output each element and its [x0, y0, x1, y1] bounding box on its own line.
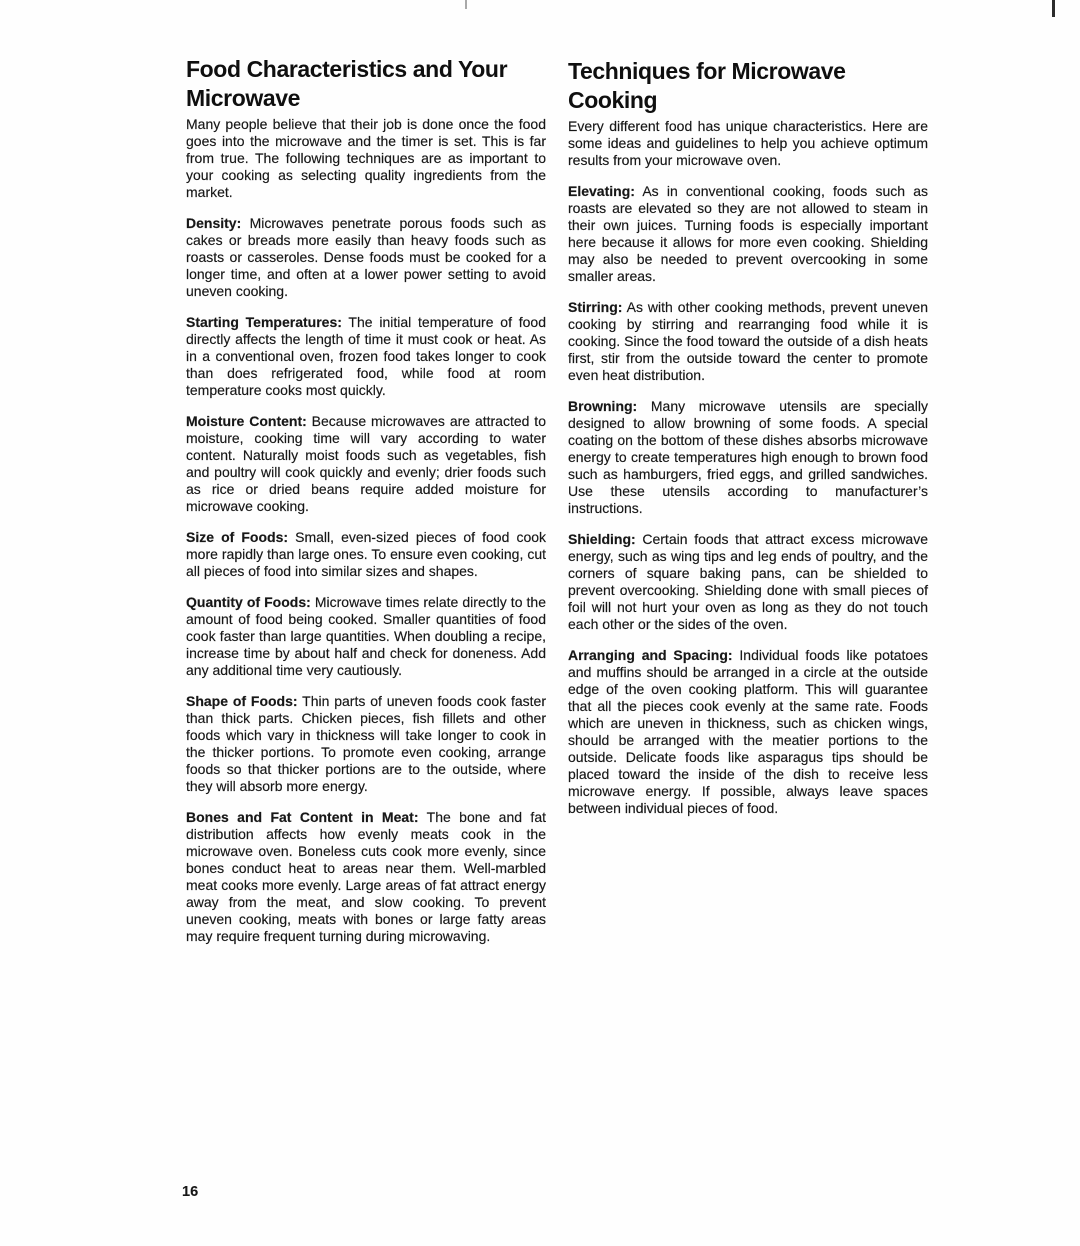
section-paragraph-shape-of-foods: Shape of Foods: Thin parts of uneven foo…: [186, 693, 546, 795]
section-paragraph-moisture-content: Moisture Content: Because microwaves are…: [186, 413, 546, 515]
registration-tick-right-icon: [1052, 0, 1055, 17]
section-paragraph-stirring: Stirring: As with other cooking methods,…: [568, 299, 928, 384]
section-paragraph-elevating: Elevating: As in conventional cooking, f…: [568, 183, 928, 285]
heading-line: Techniques for Microwave: [568, 58, 846, 84]
section-paragraph-browning: Browning: Many microwave utensils are sp…: [568, 398, 928, 517]
section-term: Stirring:: [568, 299, 622, 315]
heading-line: Food Characteristics and Your: [186, 56, 507, 82]
heading-line: Cooking: [568, 87, 657, 113]
section-text: The bone and fat distribution affects ho…: [186, 809, 546, 944]
section-paragraph-size-of-foods: Size of Foods: Small, even-sized pieces …: [186, 529, 546, 580]
section-paragraph-shielding: Shielding: Certain foods that attract ex…: [568, 531, 928, 633]
section-term: Bones and Fat Content in Meat:: [186, 809, 419, 825]
section-text: Many microwave utensils are specially de…: [568, 398, 928, 516]
section-term: Shape of Foods:: [186, 693, 298, 709]
right-column: Techniques for MicrowaveCooking Every di…: [568, 57, 928, 817]
manual-page: Food Characteristics and YourMicrowave M…: [0, 0, 1080, 1246]
section-term: Quantity of Foods:: [186, 594, 311, 610]
section-paragraph-arranging-and-spacing: Arranging and Spacing: Individual foods …: [568, 647, 928, 817]
section-text: As with other cooking methods, prevent u…: [568, 299, 928, 383]
section-paragraph-bones-and-fat: Bones and Fat Content in Meat: The bone …: [186, 809, 546, 945]
section-term: Starting Temperatures:: [186, 314, 342, 330]
right-intro-paragraph: Every different food has unique characte…: [568, 118, 928, 169]
heading-line: Microwave: [186, 85, 300, 111]
section-term: Density:: [186, 215, 241, 231]
right-column-heading: Techniques for MicrowaveCooking: [568, 57, 928, 115]
section-term: Size of Foods:: [186, 529, 288, 545]
page-number: 16: [182, 1184, 198, 1200]
left-column-heading: Food Characteristics and YourMicrowave: [186, 55, 546, 113]
registration-tick-center-icon: [465, 0, 467, 9]
left-column: Food Characteristics and YourMicrowave M…: [186, 55, 546, 945]
section-text: Individual foods like potatoes and muffi…: [568, 647, 928, 816]
section-paragraph-density: Density: Microwaves penetrate porous foo…: [186, 215, 546, 300]
left-intro-paragraph: Many people believe that their job is do…: [186, 116, 546, 201]
section-term: Shielding:: [568, 531, 636, 547]
section-term: Browning:: [568, 398, 637, 414]
section-term: Moisture Content:: [186, 413, 307, 429]
section-term: Arranging and Spacing:: [568, 647, 733, 663]
section-paragraph-starting-temperatures: Starting Temperatures: The initial tempe…: [186, 314, 546, 399]
section-paragraph-quantity-of-foods: Quantity of Foods: Microwave times relat…: [186, 594, 546, 679]
section-term: Elevating:: [568, 183, 635, 199]
